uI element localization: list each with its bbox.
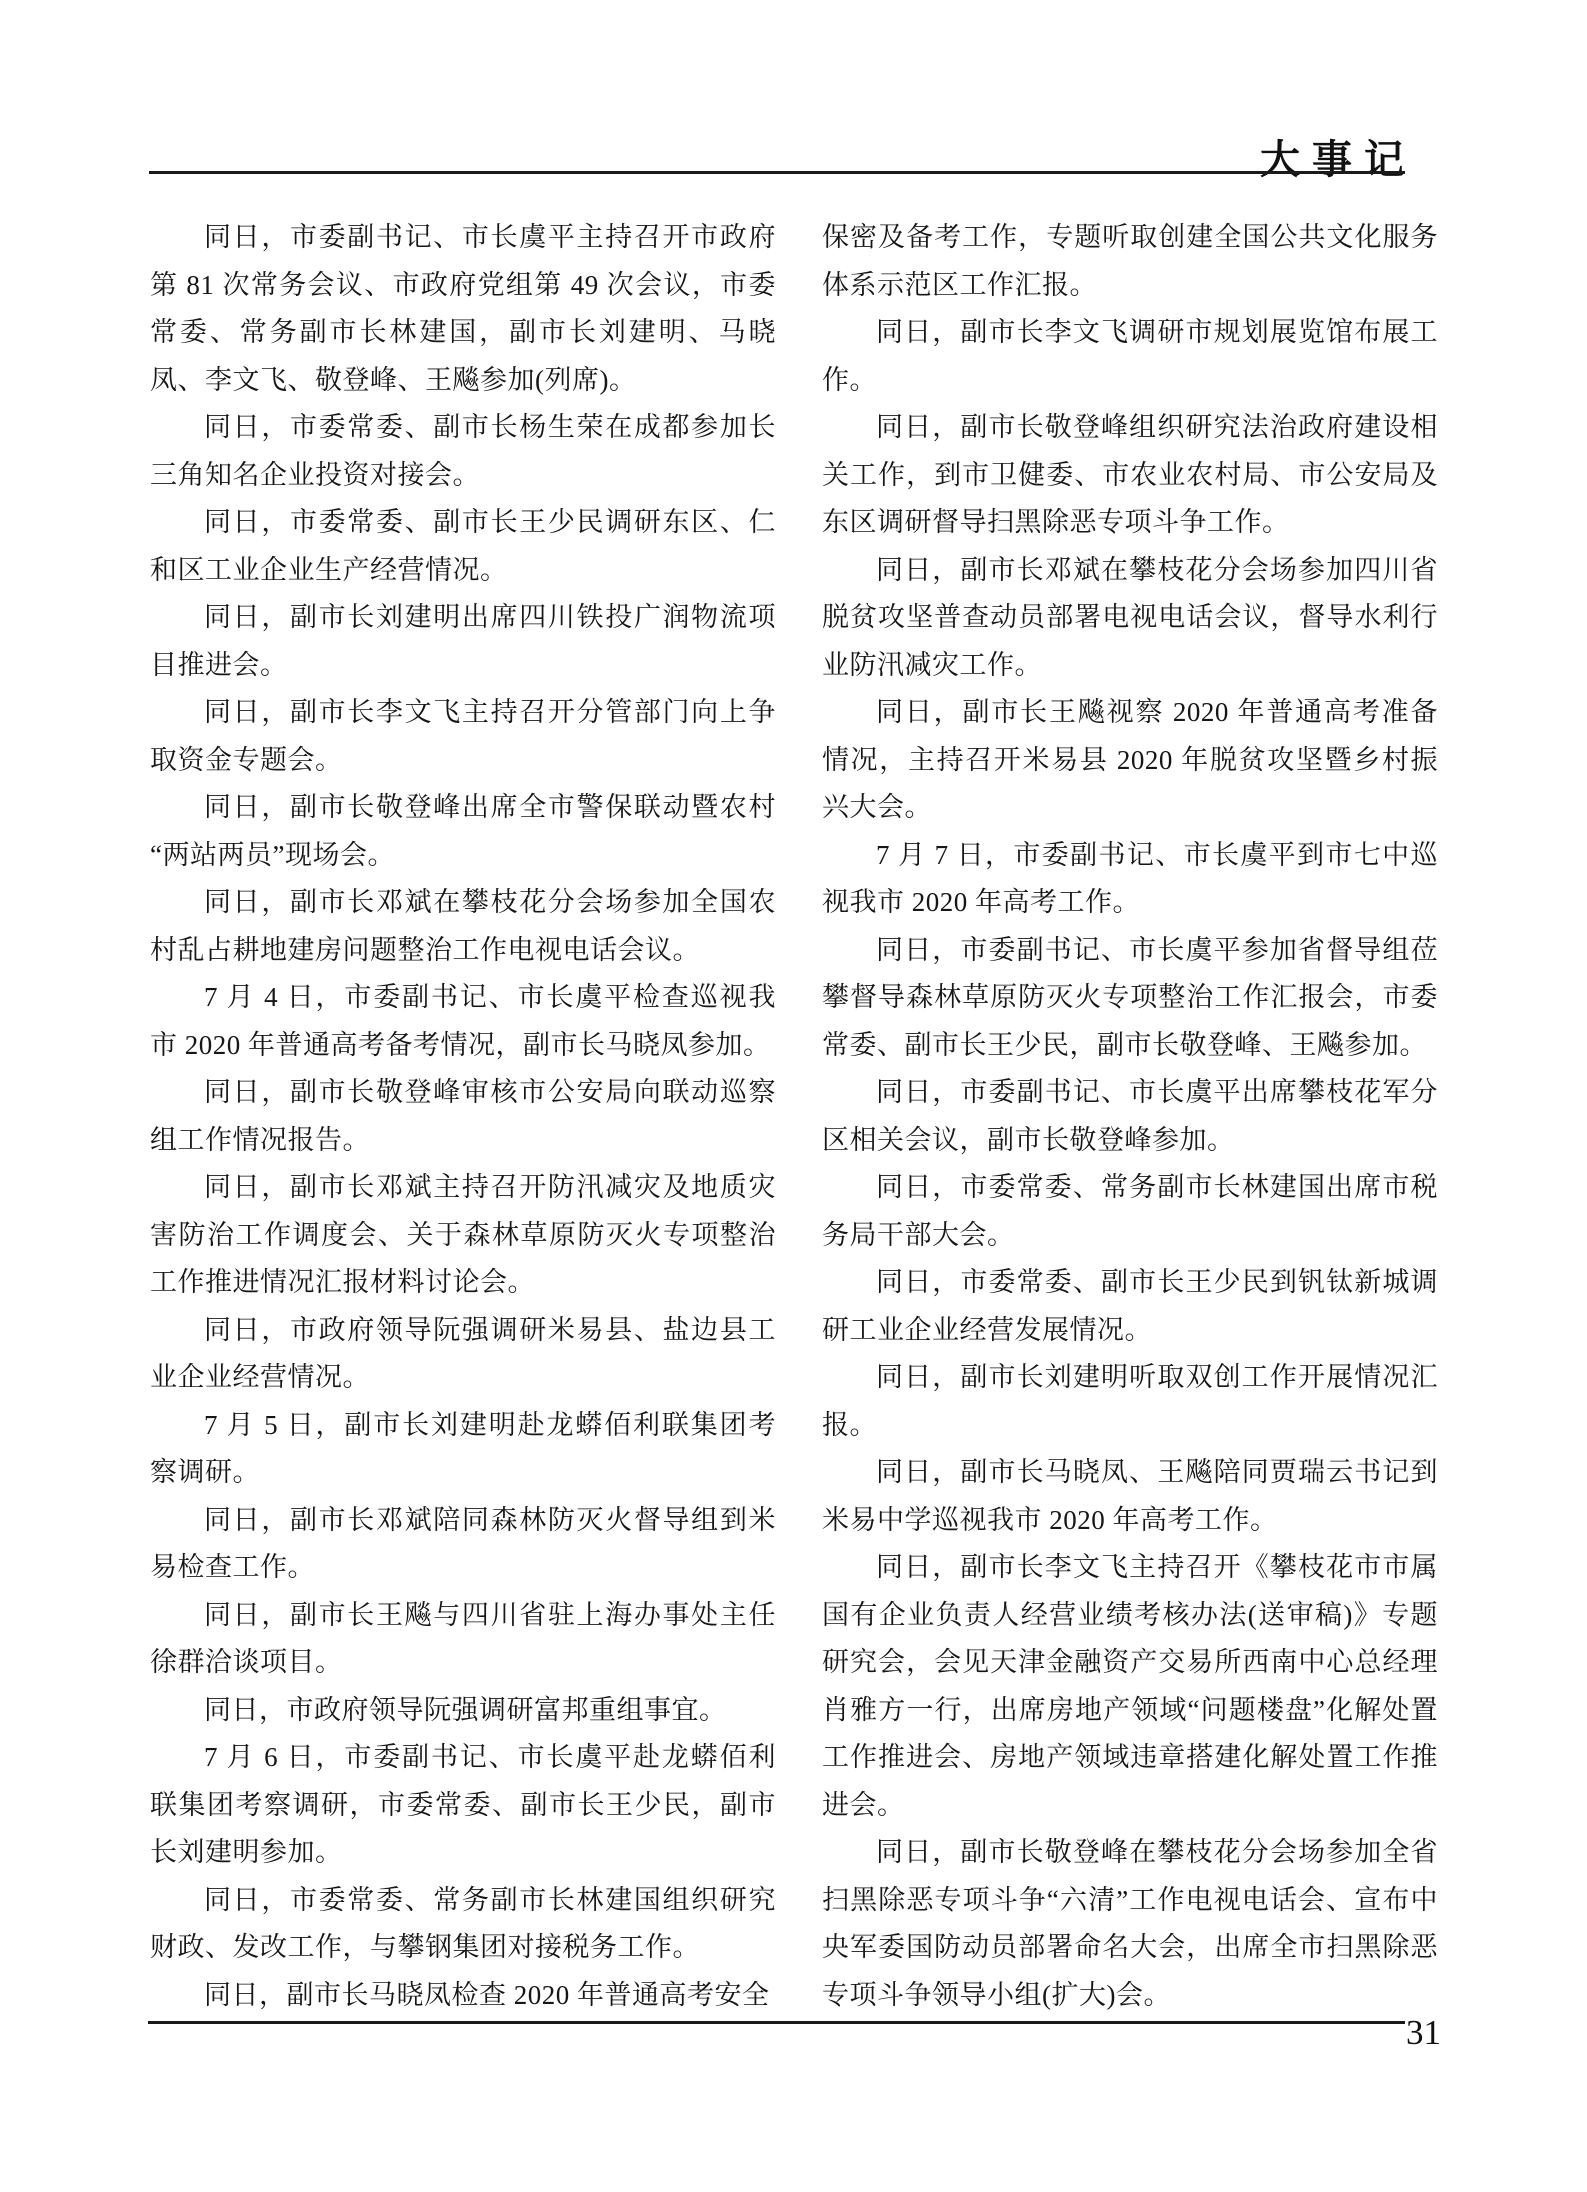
footer-rule <box>148 2021 1405 2024</box>
header-rule <box>149 171 1405 174</box>
paragraph: 同日，市政府领导阮强调研富邦重组事宜。 <box>150 1687 776 1735</box>
paragraph: 同日，副市长邓斌在攀枝花分会场参加四川省脱贫攻坚普查动员部署电视电话会议，督导水… <box>822 547 1438 690</box>
paragraph: 同日，副市长马晓凤、王飚陪同贾瑞云书记到米易中学巡视我市 2020 年高考工作。 <box>822 1449 1438 1544</box>
paragraph: 同日，市委副书记、市长虞平主持召开市政府第 81 次常务会议、市政府党组第 49… <box>150 214 776 404</box>
paragraph: 同日，副市长敬登峰出席全市警保联动暨农村“两站两员”现场会。 <box>150 784 776 879</box>
paragraph: 同日，市委常委、副市长杨生荣在成都参加长三角知名企业投资对接会。 <box>150 404 776 499</box>
paragraph: 同日，市委常委、副市长王少民到钒钛新城调研工业企业经营发展情况。 <box>822 1259 1438 1354</box>
paragraph: 同日，副市长刘建明听取双创工作开展情况汇报。 <box>822 1354 1438 1449</box>
paragraph: 7 月 5 日，副市长刘建明赴龙蟒佰利联集团考察调研。 <box>150 1402 776 1497</box>
paragraph: 同日，副市长敬登峰审核市公安局向联动巡察组工作情况报告。 <box>150 1069 776 1164</box>
paragraph: 同日，副市长刘建明出席四川铁投广润物流项目推进会。 <box>150 594 776 689</box>
page-title: 大事记 <box>1260 128 1416 185</box>
paragraph: 保密及备考工作，专题听取创建全国公共文化服务体系示范区工作汇报。 <box>822 214 1438 309</box>
paragraph: 同日，副市长王飚视察 2020 年普通高考准备情况，主持召开米易县 2020 年… <box>822 689 1438 832</box>
paragraph: 同日，市委常委、副市长王少民调研东区、仁和区工业企业生产经营情况。 <box>150 499 776 594</box>
paragraph: 7 月 4 日，市委副书记、市长虞平检查巡视我市 2020 年普通高考备考情况，… <box>150 974 776 1069</box>
paragraph: 同日，副市长李文飞调研市规划展览馆布展工作。 <box>822 309 1438 404</box>
paragraph: 同日，副市长邓斌陪同森林防灭火督导组到米易检查工作。 <box>150 1497 776 1592</box>
paragraph: 7 月 7 日，市委副书记、市长虞平到市七中巡视我市 2020 年高考工作。 <box>822 832 1438 927</box>
paragraph: 同日，副市长敬登峰组织研究法治政府建设相关工作，到市卫健委、市农业农村局、市公安… <box>822 404 1438 547</box>
left-column: 同日，市委副书记、市长虞平主持召开市政府第 81 次常务会议、市政府党组第 49… <box>150 214 776 2019</box>
paragraph: 同日，副市长马晓凤检查 2020 年普通高考安全 <box>150 1972 776 2020</box>
paragraph: 同日，副市长邓斌在攀枝花分会场参加全国农村乱占耕地建房问题整治工作电视电话会议。 <box>150 879 776 974</box>
paragraph: 同日，市委副书记、市长虞平参加省督导组莅攀督导森林草原防灭火专项整治工作汇报会，… <box>822 927 1438 1070</box>
paragraph: 同日，市委副书记、市长虞平出席攀枝花军分区相关会议，副市长敬登峰参加。 <box>822 1069 1438 1164</box>
paragraph: 同日，副市长李文飞主持召开分管部门向上争取资金专题会。 <box>150 689 776 784</box>
paragraph: 同日，副市长邓斌主持召开防汛减灾及地质灾害防治工作调度会、关于森林草原防灭火专项… <box>150 1164 776 1307</box>
page-number: 31 <box>1406 2013 1441 2053</box>
paragraph: 同日，市委常委、常务副市长林建国出席市税务局干部大会。 <box>822 1164 1438 1259</box>
yearbook-page: 大事记 同日，市委副书记、市长虞平主持召开市政府第 81 次常务会议、市政府党组… <box>0 0 1587 2192</box>
paragraph: 同日，市委常委、常务副市长林建国组织研究财政、发改工作，与攀钢集团对接税务工作。 <box>150 1877 776 1972</box>
paragraph: 同日，副市长王飚与四川省驻上海办事处主任徐群洽谈项目。 <box>150 1592 776 1687</box>
paragraph: 同日，市政府领导阮强调研米易县、盐边县工业企业经营情况。 <box>150 1307 776 1402</box>
paragraph: 同日，副市长敬登峰在攀枝花分会场参加全省扫黑除恶专项斗争“六清”工作电视电话会、… <box>822 1829 1438 2019</box>
paragraph: 同日，副市长李文飞主持召开《攀枝花市市属国有企业负责人经营业绩考核办法(送审稿)… <box>822 1544 1438 1829</box>
paragraph: 7 月 6 日，市委副书记、市长虞平赴龙蟒佰利联集团考察调研，市委常委、副市长王… <box>150 1734 776 1877</box>
right-column: 保密及备考工作，专题听取创建全国公共文化服务体系示范区工作汇报。同日，副市长李文… <box>822 214 1438 2019</box>
